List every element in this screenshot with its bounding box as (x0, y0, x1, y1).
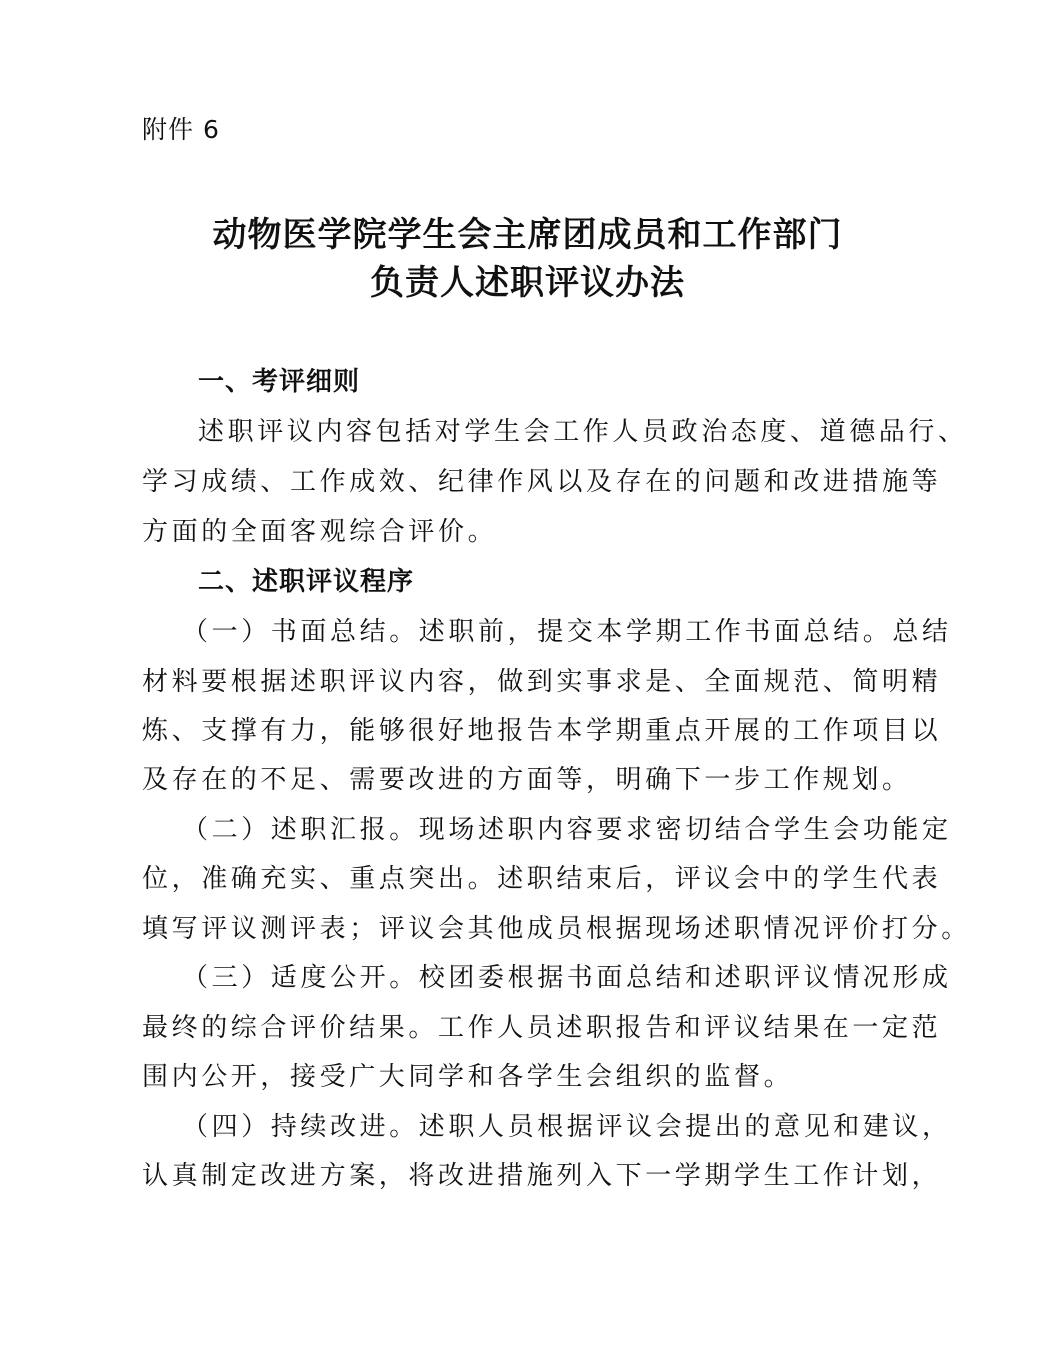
document-title-line-2: 负责人述职评议办法 (0, 255, 1055, 304)
item-line: （四）持续改进。述职人员根据评议会提出的意见和建议， (142, 1111, 957, 1143)
item-line: 最终的综合评价结果。工作人员述职报告和评议结果在一定范 (142, 1012, 917, 1044)
section-heading-2: 二、述职评议程序 (142, 566, 973, 598)
item-line: 材料要根据述职评议内容，做到实事求是、全面规范、简明精 (142, 666, 917, 698)
item-line: （三）适度公开。校团委根据书面总结和述职评议情况形成 (142, 962, 957, 994)
item-line: 认真制定改进方案，将改进措施列入下一学期学生工作计划， (142, 1160, 917, 1192)
attachment-label: 附件 6 (142, 110, 220, 146)
paragraph-line: 学习成绩、工作成效、纪律作风以及存在的问题和改进措施等 (142, 466, 917, 498)
section-heading-1: 一、考评细则 (142, 366, 973, 398)
item-line: 及存在的不足、需要改进的方面等，明确下一步工作规划。 (142, 764, 917, 796)
paragraph-line: 述职评议内容包括对学生会工作人员政治态度、道德品行、 (142, 416, 973, 448)
item-line: （二）述职汇报。现场述职内容要求密切结合学生会功能定 (142, 814, 957, 846)
item-line: 炼、支撑有力，能够很好地报告本学期重点开展的工作项目以 (142, 715, 917, 747)
document-title-line-1: 动物医学院学生会主席团成员和工作部门 (0, 207, 1055, 256)
item-line: 填写评议测评表；评议会其他成员根据现场述职情况评价打分。 (142, 913, 917, 945)
item-line: 位，准确充实、重点突出。述职结束后，评议会中的学生代表 (142, 863, 917, 895)
paragraph-line: 方面的全面客观综合评价。 (142, 516, 917, 548)
item-line: （一）书面总结。述职前，提交本学期工作书面总结。总结 (142, 616, 957, 648)
item-line: 围内公开，接受广大同学和各学生会组织的监督。 (142, 1061, 917, 1093)
